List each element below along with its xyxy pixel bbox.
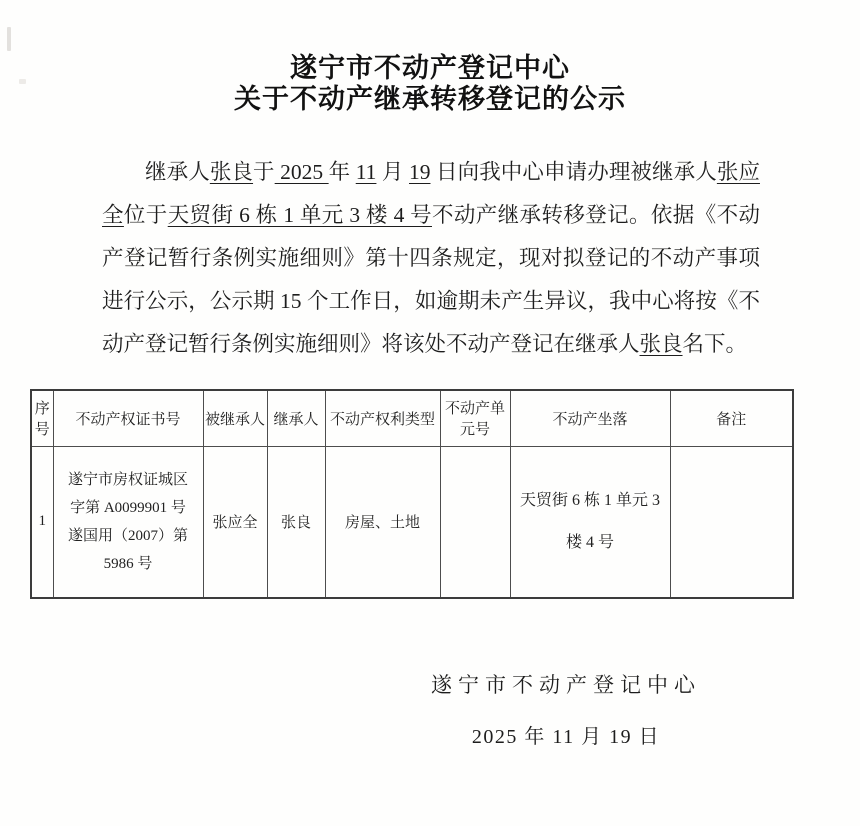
cell-unit-no <box>440 446 510 598</box>
body-text-segment: 位于 <box>124 203 168 227</box>
day-underlined: 19 <box>409 160 431 184</box>
body-text-segment: 月 <box>376 160 409 184</box>
cell-heir: 张良 <box>267 446 325 598</box>
heir-name-underlined: 张良 <box>640 332 683 356</box>
month-underlined: 11 <box>356 160 377 184</box>
cell-decedent: 张应全 <box>203 446 267 598</box>
header-heir: 继承人 <box>267 390 325 446</box>
year-underlined: 2025 <box>275 160 329 184</box>
heir-name-underlined: 张良 <box>210 160 253 184</box>
scanned-notice-page: 遂宁市不动产登记中心 关于不动产继承转移登记的公示 继承人张良于 2025 年 … <box>0 0 860 826</box>
signature-block: 遂宁市不动产登记中心 2025 年 11 月 19 日 <box>430 669 702 749</box>
header-index: 序号 <box>31 390 53 446</box>
table-header-row: 序号 不动产权证书号 被继承人 继承人 不动产权利类型 不动产单元号 不动产坐落… <box>31 390 793 446</box>
cell-right-type: 房屋、土地 <box>325 446 440 598</box>
certificate-line: 字第 A0099901 号 <box>54 494 203 522</box>
body-text-segment: 名下。 <box>683 332 748 356</box>
header-unit-no: 不动产单元号 <box>440 390 510 446</box>
scan-artifact-mark <box>19 79 26 84</box>
property-address-underlined: 天贸街 6 栋 1 单元 3 楼 4 号 <box>168 203 432 227</box>
body-text-segment: 年 <box>329 160 356 184</box>
header-location: 不动产坐落 <box>510 390 670 446</box>
scan-artifact-mark <box>7 27 11 51</box>
certificate-line: 遂宁市房权证城区 <box>54 466 203 494</box>
signature-org-name: 遂宁市不动产登记中心 <box>430 669 702 699</box>
cell-location: 天贸街 6 栋 1 单元 3 楼 4 号 <box>510 446 670 598</box>
title-line-2: 关于不动产继承转移登记的公示 <box>0 84 860 115</box>
body-text-segment: 日向我中心申请办理被继承人 <box>431 160 717 184</box>
body-text-segment: 于 <box>253 160 275 184</box>
certificate-line: 5986 号 <box>54 550 203 578</box>
header-remark: 备注 <box>670 390 793 446</box>
table-row: 1 遂宁市房权证城区 字第 A0099901 号 遂国用（2007）第 5986… <box>31 446 793 598</box>
signature-date: 2025 年 11 月 19 日 <box>430 720 702 749</box>
title-line-1: 遂宁市不动产登记中心 <box>0 53 860 84</box>
location-line: 天贸街 6 栋 1 单元 3 <box>511 480 670 522</box>
location-line: 楼 4 号 <box>511 522 670 564</box>
cell-index: 1 <box>31 446 53 598</box>
notice-body-paragraph: 继承人张良于 2025 年 11 月 19 日向我中心申请办理被继承人张应全位于… <box>102 151 760 366</box>
certificate-line: 遂国用（2007）第 <box>54 522 203 550</box>
property-registration-table: 序号 不动产权证书号 被继承人 继承人 不动产权利类型 不动产单元号 不动产坐落… <box>30 389 794 599</box>
header-decedent: 被继承人 <box>203 390 267 446</box>
cell-remark <box>670 446 793 598</box>
header-certificate-no: 不动产权证书号 <box>53 390 203 446</box>
cell-certificate-no: 遂宁市房权证城区 字第 A0099901 号 遂国用（2007）第 5986 号 <box>53 446 203 598</box>
header-right-type: 不动产权利类型 <box>325 390 440 446</box>
notice-title: 遂宁市不动产登记中心 关于不动产继承转移登记的公示 <box>0 0 860 115</box>
body-text-segment: 继承人 <box>145 160 210 184</box>
